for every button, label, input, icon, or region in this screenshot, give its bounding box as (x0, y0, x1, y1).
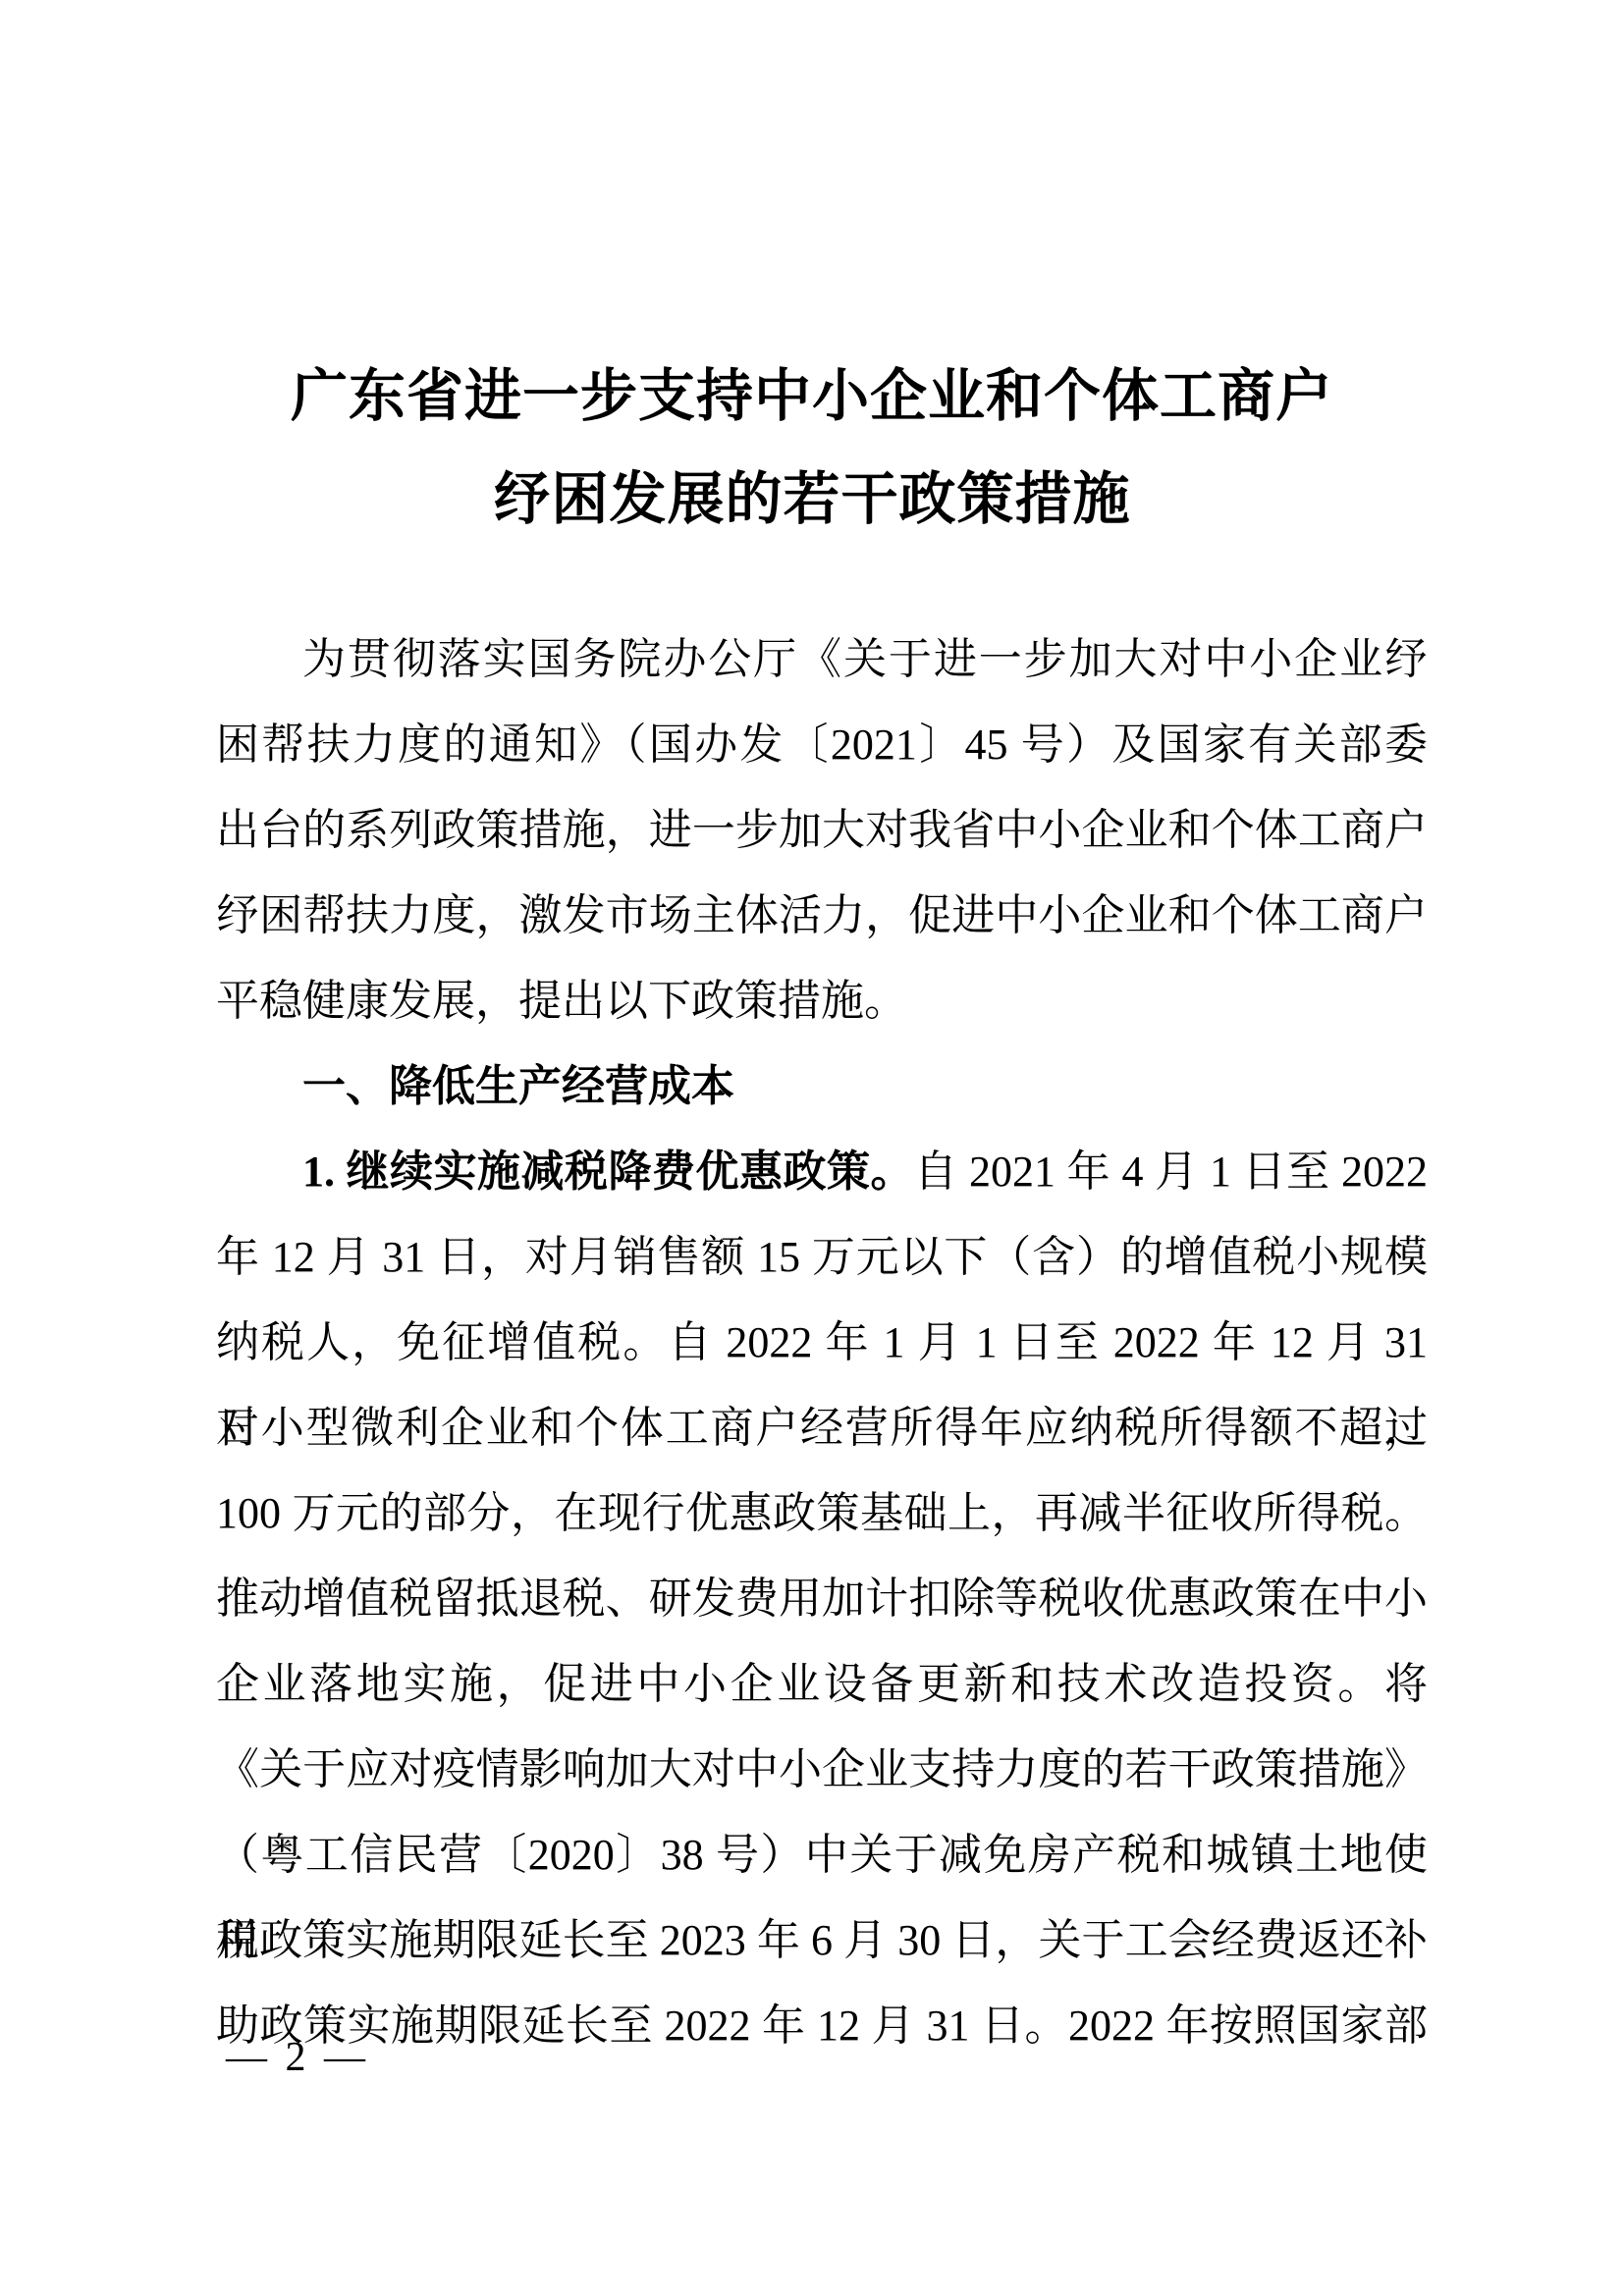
text-segment: 为贯彻落实国务院办公厅《关于进一步加大对中小企业纾 (302, 635, 1428, 683)
text-segment: 企业落地实施，促进中小企业设备更新和技术改造投资。将 (216, 1660, 1428, 1708)
text-segment: 助政策实施期限延长至 2022 年 12 月 31 日。2022 年按照国家部 (216, 2002, 1428, 2050)
page-number: — 2 — (226, 2034, 369, 2081)
text-segment: 纾困帮扶力度，激发市场主体活力，促进中小企业和个体工商户 (216, 891, 1428, 939)
document-page: 广东省进一步支持中小企业和个体工商户 纾困发展的若干政策措施 为贯彻落实国务院办… (0, 0, 1624, 2296)
text-segment: 自 2021 年 4 月 1 日至 2022 (914, 1148, 1428, 1196)
body-line: 为贯彻落实国务院办公厅《关于进一步加大对中小企业纾 (216, 616, 1428, 702)
text-segment: 出台的系列政策措施，进一步加大对我省中小企业和个体工商户 (216, 806, 1428, 854)
body-line: 企业落地实施，促进中小企业设备更新和技术改造投资。将 (216, 1641, 1428, 1727)
body-line: 出台的系列政策措施，进一步加大对我省中小企业和个体工商户 (216, 787, 1428, 873)
body-line: 助政策实施期限延长至 2022 年 12 月 31 日。2022 年按照国家部 (216, 1983, 1428, 2068)
body-line: 100 万元的部分，在现行优惠政策基础上，再减半征收所得税。 (216, 1470, 1428, 1556)
document-title-line-1: 广东省进一步支持中小企业和个体工商户 (0, 345, 1624, 448)
bold-text-segment: 1. 继续实施减税降费优惠政策。 (302, 1148, 914, 1196)
text-segment: 推动增值税留抵退税、研发费用加计扣除等税收优惠政策在中小 (216, 1575, 1428, 1623)
bold-text-segment: 一、降低生产经营成本 (302, 1062, 734, 1110)
body-line: 纾困帮扶力度，激发市场主体活力，促进中小企业和个体工商户 (216, 873, 1428, 958)
text-segment: 税政策实施期限延长至 2023 年 6 月 30 日，关于工会经费返还补 (216, 1916, 1428, 1964)
text-segment: 对小型微利企业和个体工商户经营所得年应纳税所得额不超过 (216, 1404, 1428, 1452)
body-line: （粤工信民营〔2020〕38 号）中关于减免房产税和城镇土地使用 (216, 1812, 1428, 1897)
body-line: 推动增值税留抵退税、研发费用加计扣除等税收优惠政策在中小 (216, 1556, 1428, 1641)
body-line: 年 12 月 31 日，对月销售额 15 万元以下（含）的增值税小规模 (216, 1214, 1428, 1300)
text-segment: 《关于应对疫情影响加大对中小企业支持力度的若干政策措施》 (216, 1745, 1428, 1793)
text-segment: 困帮扶力度的通知》（国办发〔2021〕45 号）及国家有关部委 (216, 721, 1428, 769)
body-line: 1. 继续实施减税降费优惠政策。自 2021 年 4 月 1 日至 2022 (216, 1129, 1428, 1214)
section-heading: 一、降低生产经营成本 (216, 1043, 1428, 1129)
body-line: 税政策实施期限延长至 2023 年 6 月 30 日，关于工会经费返还补 (216, 1897, 1428, 1983)
document-title: 广东省进一步支持中小企业和个体工商户 纾困发展的若干政策措施 (0, 345, 1624, 551)
document-title-line-2: 纾困发展的若干政策措施 (0, 448, 1624, 551)
body-line: 纳税人，免征增值税。自 2022 年 1 月 1 日至 2022 年 12 月 … (216, 1300, 1428, 1385)
text-segment: 100 万元的部分，在现行优惠政策基础上，再减半征收所得税。 (216, 1489, 1428, 1537)
body-line: 对小型微利企业和个体工商户经营所得年应纳税所得额不超过 (216, 1385, 1428, 1470)
document-body: 为贯彻落实国务院办公厅《关于进一步加大对中小企业纾困帮扶力度的通知》（国办发〔2… (216, 616, 1428, 2068)
text-segment: 年 12 月 31 日，对月销售额 15 万元以下（含）的增值税小规模 (216, 1233, 1428, 1281)
text-segment: 平稳健康发展，提出以下政策措施。 (216, 977, 907, 1025)
body-line: 困帮扶力度的通知》（国办发〔2021〕45 号）及国家有关部委 (216, 702, 1428, 787)
body-line: 《关于应对疫情影响加大对中小企业支持力度的若干政策措施》 (216, 1727, 1428, 1812)
body-line: 平稳健康发展，提出以下政策措施。 (216, 958, 1428, 1043)
